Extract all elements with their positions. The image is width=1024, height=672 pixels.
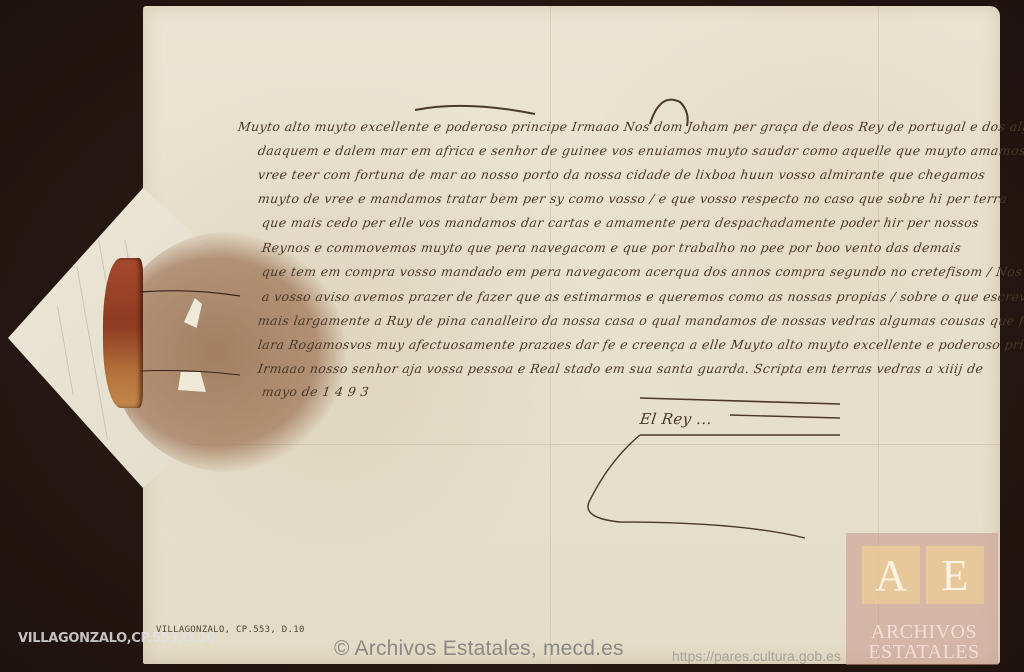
copyright-watermark: © Archivos Estatales, mecd.es [334, 637, 624, 661]
url-watermark: https://pares.cultura.gob.es [672, 648, 841, 664]
manuscript-line: Muyto alto muyto excellente e poderoso p… [237, 119, 1024, 134]
manuscript-line: Irmaao nosso senhor aja vossa pessoa e R… [257, 361, 985, 376]
manuscript-line: vree teer com fortuna de mar ao nosso po… [257, 167, 986, 182]
manuscript-line: que tem em compra vosso mandado em pera … [261, 264, 1023, 279]
reference-watermark: VILLAGONZALO,CP.553,D.10 [18, 631, 215, 646]
manuscript-date-line: mayo de 1 4 9 3 [261, 384, 370, 399]
manuscript-line: muyto de vree e mandamos tratar bem per … [257, 191, 1009, 206]
archivos-estatales-logo: A E ARCHIVOS ESTATALES [846, 533, 998, 665]
manuscript-line: daaquem e dalem mar em africa e senhor d… [257, 143, 1024, 158]
logo-letter-e: E [926, 546, 984, 604]
manuscript-line: a vosso aviso avemos prazer de fazer que… [261, 289, 1024, 304]
manuscript-line: Reynos e commovemos muyto que pera naveg… [261, 240, 962, 255]
seal-crack [140, 365, 250, 379]
logo-text-line2: ESTATALES [854, 641, 994, 664]
wax-seal [103, 258, 143, 408]
manuscript-line: lara Rogamosvos muy afectuosamente praza… [257, 337, 1024, 352]
seal-crack [140, 282, 250, 302]
logo-letter-a: A [862, 546, 920, 604]
manuscript-line: mais largamente a Ruy de pina canalleiro… [257, 313, 1024, 328]
manuscript-line: que mais cedo per elle vos mandamos dar … [261, 215, 980, 230]
image-viewer: Muyto alto muyto excellente e poderoso p… [0, 0, 1024, 672]
signature-flourish [580, 390, 850, 550]
